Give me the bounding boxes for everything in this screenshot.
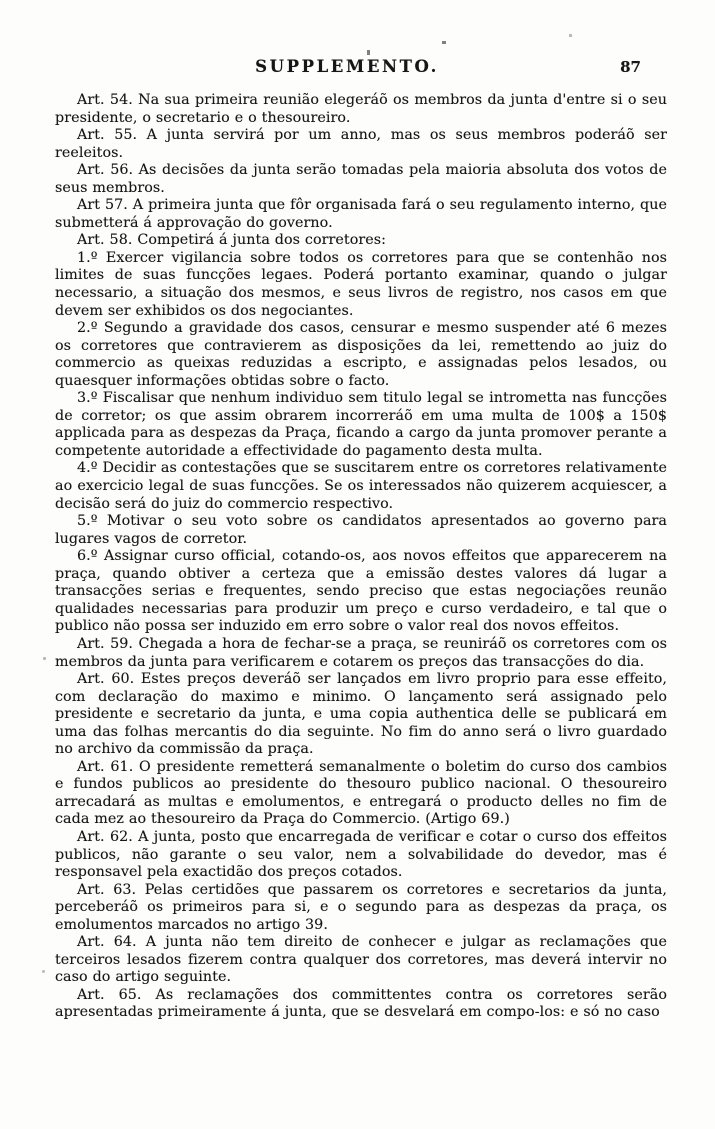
page-content: SUPPLEMENTO. 87 Art. 54. Na sua primeira… <box>55 57 667 1022</box>
page-number: 87 <box>620 58 641 76</box>
paragraph-item-3: 3.º Fiscalisar que nenhum individuo sem … <box>55 390 667 460</box>
paragraph-item-6: 6.º Assignar curso official, cotando-os,… <box>55 548 667 636</box>
paragraph-art-56: Art. 56. As decisões da junta serão toma… <box>55 162 667 197</box>
scan-artifact <box>442 41 446 44</box>
paragraph-art-62: Art. 62. A junta, posto que encarregada … <box>55 829 667 882</box>
paragraph-art-58: Art. 58. Competirá á junta dos corretore… <box>55 232 667 250</box>
paragraph-art-61: Art. 61. O presidente remetterá semanalm… <box>55 759 667 829</box>
paragraph-art-59: Art. 59. Chegada a hora de fechar-se a p… <box>55 636 667 671</box>
document-page: SUPPLEMENTO. 87 Art. 54. Na sua primeira… <box>0 0 715 1129</box>
paragraph-art-60: Art. 60. Estes preços deveráõ ser lançad… <box>55 671 667 759</box>
scan-artifact <box>367 50 370 55</box>
scan-artifact <box>42 970 45 973</box>
page-title: SUPPLEMENTO. <box>255 57 439 76</box>
document-body: Art. 54. Na sua primeira reunião elegerá… <box>55 92 667 1022</box>
paragraph-item-2: 2.º Segundo a gravidade dos casos, censu… <box>55 320 667 390</box>
paragraph-art-54: Art. 54. Na sua primeira reunião elegerá… <box>55 92 667 127</box>
paragraph-art-65: Art. 65. As reclamações dos committentes… <box>55 987 667 1022</box>
paragraph-art-63: Art. 63. Pelas certidões que passarem os… <box>55 882 667 935</box>
running-head: SUPPLEMENTO. 87 <box>55 57 667 76</box>
paragraph-art-55: Art. 55. A junta servirá por um anno, ma… <box>55 127 667 162</box>
paragraph-art-64: Art. 64. A junta não tem direito de conh… <box>55 934 667 987</box>
scan-artifact <box>43 657 46 660</box>
paragraph-item-1: 1.º Exercer vigilancia sobre todos os co… <box>55 250 667 320</box>
paragraph-art-57: Art 57. A primeira junta que fôr organis… <box>55 197 667 232</box>
scan-artifact <box>569 34 572 37</box>
paragraph-item-5: 5.º Motivar o seu voto sobre os candidat… <box>55 513 667 548</box>
paragraph-item-4: 4.º Decidir as contestações que se susci… <box>55 460 667 513</box>
